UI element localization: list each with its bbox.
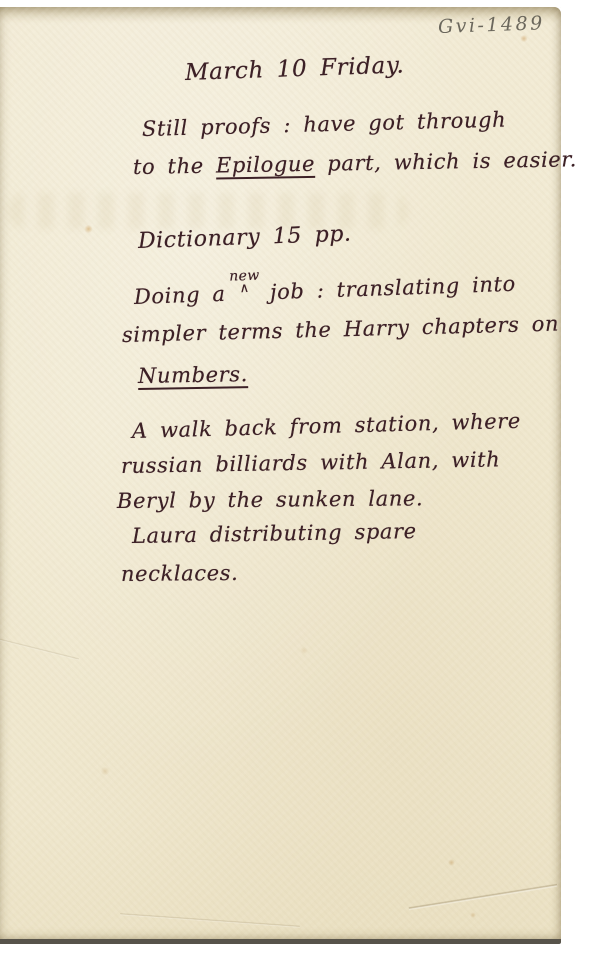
catalog-number: Gvi-1489 [438, 12, 545, 39]
fold-crease [0, 636, 79, 661]
underlined-word-numbers: Numbers. [138, 362, 248, 390]
proofs-line2-pre: to the [133, 154, 216, 179]
insertion-mark: new∧ [237, 279, 258, 301]
underlined-word-epilogue: Epilogue [216, 152, 315, 180]
job-line1-pre: Doing a [134, 281, 239, 309]
age-spot [448, 859, 455, 866]
age-spot [300, 647, 308, 654]
age-spot [470, 912, 476, 918]
age-spot [520, 35, 528, 42]
proofs-line2-post: part, which is easier. [315, 147, 577, 176]
fold-crease [120, 913, 300, 929]
insertion-caret-icon: ∧ [239, 281, 250, 297]
entry-walk-line-3: Beryl by the sunken lane. [117, 486, 423, 514]
entry-laura-line-2: necklaces. [121, 561, 239, 587]
entry-job-line-3: Numbers. [138, 362, 248, 389]
age-spot [100, 767, 110, 775]
fold-crease [409, 883, 558, 910]
entry-laura-line-1: Laura distributing spare [132, 519, 417, 549]
